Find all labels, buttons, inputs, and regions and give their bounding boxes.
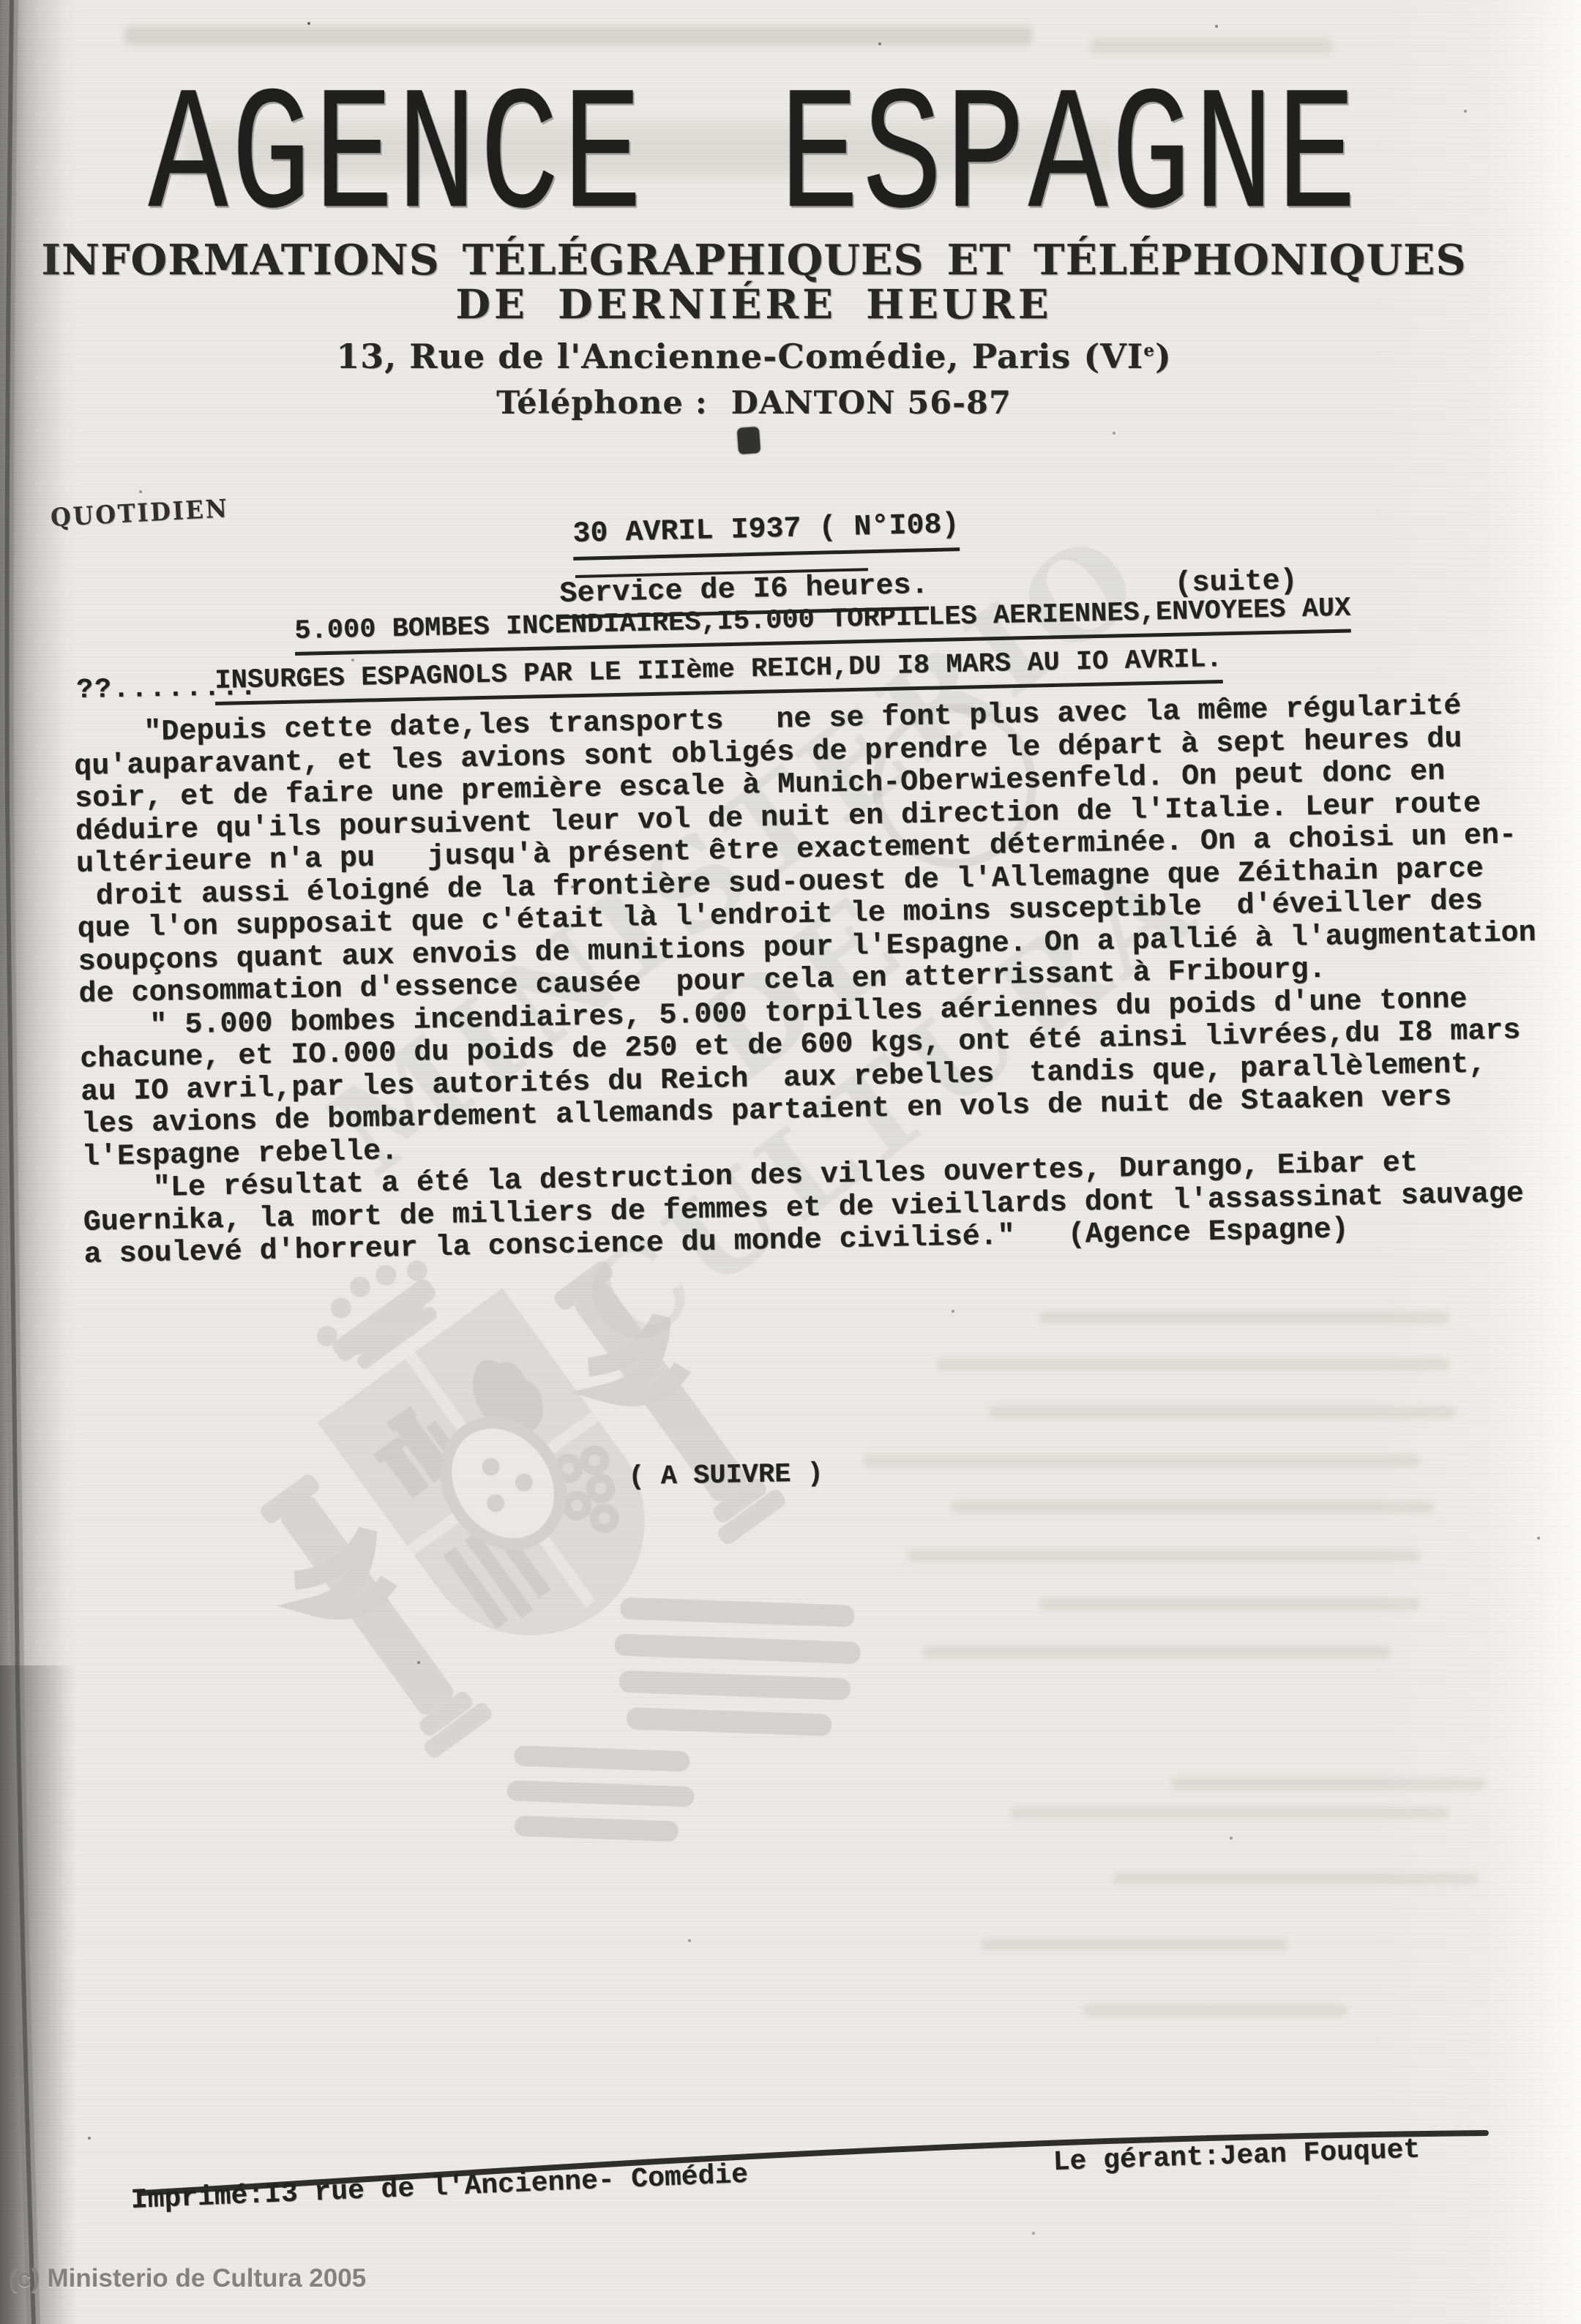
continuation-marker: ( A SUIVRE ) [628,1458,823,1493]
scanned-bulletin-page: MINISTERIODE CULTURA [0,0,1581,2324]
address-close: ) [1155,337,1172,376]
article-body: "Depuis cette date,les transports ne se … [73,688,1581,1272]
bleedthrough-smudge [922,1646,1391,1658]
masthead-title: AGENCE ESPAGNE [0,72,1508,247]
bleedthrough-smudge [988,1406,1457,1418]
bleedthrough-smudge [937,1358,1449,1371]
bleedthrough-smudge [952,1502,1435,1513]
spine-crease-line [0,0,59,2324]
bleedthrough-smudge [124,26,1032,45]
page-edge-right-highlight [1541,0,1581,2324]
issue-date-line: 30 AVRIL I937 ( N°I08) [572,509,960,561]
subtitle-telegraphiques: INFORMATIONS TÉLÉGRAPHIQUES ET TÉLÉPHONI… [0,236,1508,285]
bleedthrough-smudge [1083,2005,1347,2016]
bleedthrough-smudge [1113,1873,1479,1884]
phone-line: Téléphone : DANTON 56-87 [0,385,1508,421]
bleedthrough-smudge [1091,38,1332,54]
quotidien-stamp: QUOTIDIEN [50,494,230,533]
bleedthrough-smudge [864,1455,1420,1467]
address-text: 13, Rue de l'Ancienne-Comédie, Paris (VI [336,337,1143,376]
address-superscript: e [1143,341,1155,361]
dust-speckles [307,22,310,25]
bleedthrough-smudge [1039,1598,1420,1610]
bleedthrough-smudge [1039,1311,1449,1324]
ink-blot-ornament-icon [737,427,760,454]
bleedthrough-smudge [1171,1778,1486,1790]
bleedthrough-smudge [1010,1807,1449,1818]
bleedthrough-smudge [908,1550,1420,1562]
scan-credit: (c) Ministerio de Cultura 2005 [9,2264,366,2293]
address-line: 13, Rue de l'Ancienne-Comédie, Paris (VI… [0,337,1508,376]
subtitle-derniere-heure: DE DERNIÉRE HEURE [0,280,1508,328]
bleedthrough-smudge [981,1939,1288,1950]
